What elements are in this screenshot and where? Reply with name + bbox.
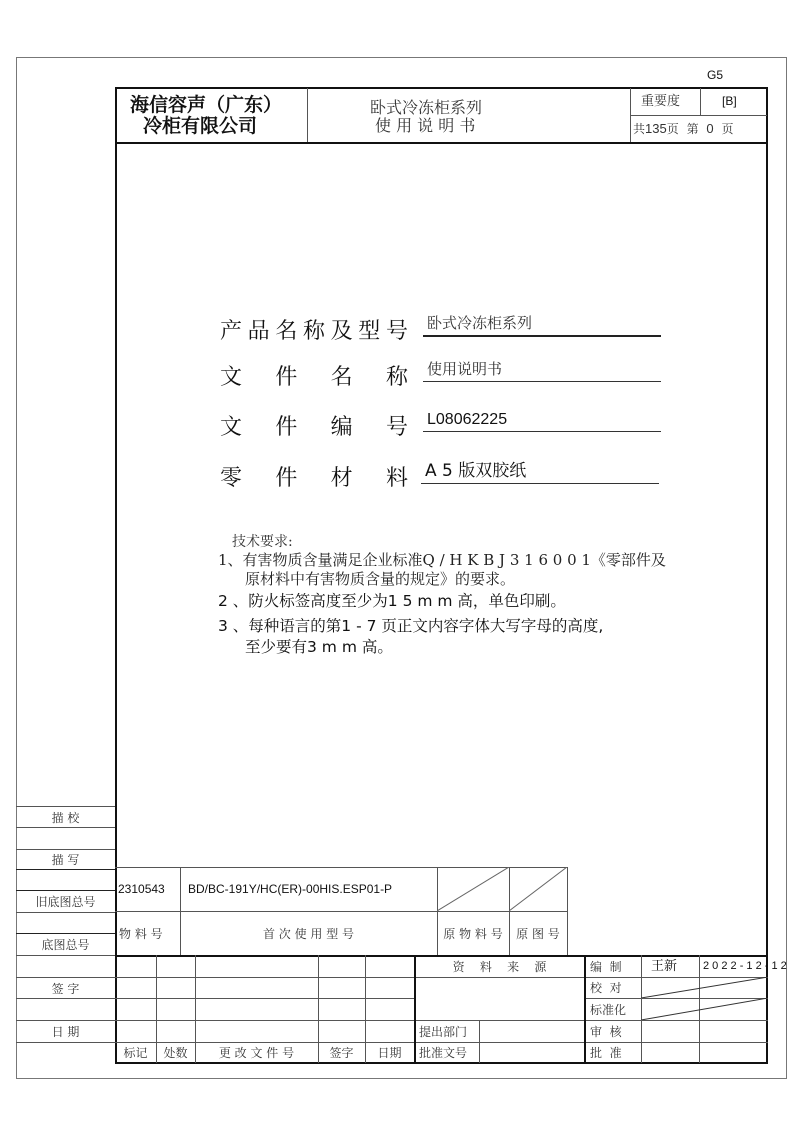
empty-diagonal-2 [509,867,567,911]
field-label-material: 零件材料 [220,461,408,492]
field-label-file-name: 文件名称 [220,360,408,391]
signoff-date-compile: 2 0 2 2 - 1 2 - 1 2 [703,961,787,972]
doc-title-line1: 卧式冷冻柜系列 [370,100,482,116]
signoff-diagonal-standard [641,998,768,1020]
company-name-line2: 冷柜有限公司 [143,117,257,136]
revision-header-change-doc: 更 改 文 件 号 [195,1042,318,1063]
field-label-file-number: 文件编号 [220,410,408,441]
left-cell-signature: 签 字 [16,978,115,998]
left-cell-trace-check: 描 校 [16,807,115,827]
signoff-name-compile: 王新 [641,955,699,973]
left-cell-base-no: 底图总号 [16,934,115,955]
requirements-title: 技术要求: [232,535,293,549]
signoff-label-standardize: 标准化 [586,998,641,1020]
signoff-label-approve: 批 准 [586,1042,641,1063]
left-cell-date: 日 期 [16,1021,115,1042]
revision-header-date: 日期 [365,1042,414,1063]
signoff-label-compile: 编 制 [586,956,641,977]
revision-header-count: 处数 [156,1042,195,1063]
field-value-file-name: 使用说明书 [423,358,661,382]
revision-header-mark: 标记 [115,1042,156,1063]
requirement-2: 2 、防火标签高度至少为1 5 m m 高，单色印刷。 [218,594,566,610]
approval-doc-label: 批准文号 [415,1042,479,1063]
doc-title-line2: 使 用 说 明 书 [375,118,475,134]
revision-header-signature: 签字 [318,1042,365,1063]
field-label-product-name: 产品名称及型号 [220,314,408,345]
company-name-line1: 海信容声（广东） [130,96,282,115]
material-number: 2310543 [115,867,180,911]
left-cell-trace-draw: 描 写 [16,850,115,869]
signoff-diagonal-check [641,977,768,998]
first-use-model: BD/BC-191Y/HC(ER)-00HIS.ESP01-P [180,867,437,911]
signoff-label-review: 审 核 [586,1020,641,1042]
importance-label: 重要度 [641,95,680,108]
requirement-1-line2: 原材料中有害物质含量的规定》的要求。 [245,572,515,587]
source-label: 资 料 来 源 [415,956,584,977]
original-material-label: 原 物 料 号 [437,911,509,955]
requirement-3-line2: 至少要有3 m m 高。 [245,640,393,656]
field-value-product-name: 卧式冷冻柜系列 [423,313,661,337]
material-number-label: 物 料 号 [115,911,180,955]
original-drawing-label: 原 图 号 [509,911,567,955]
requirement-1-line1: 1、有害物质含量满足企业标准Q / H K B J 3 1 6 0 0 1《零部… [218,553,666,568]
field-value-file-number: L08062225 [423,408,661,432]
first-use-model-label: 首 次 使 用 型 号 [180,911,437,955]
inner-frame [115,87,768,956]
empty-diagonal-1 [437,867,509,911]
signoff-label-check: 校 对 [586,977,641,998]
proposing-dept-label: 提出部门 [415,1020,479,1042]
page-count: 共135页 第 0 页 [633,122,733,135]
sheet-code: G5 [707,69,723,81]
requirement-3-line1: 3 、每种语言的第1 - 7 页正文内容字体大写字母的高度, [218,619,603,635]
importance-value: [B] [722,95,737,107]
left-cell-old-base-no: 旧底图总号 [16,891,115,912]
field-value-material: A 5 版双胶纸 [421,460,659,484]
